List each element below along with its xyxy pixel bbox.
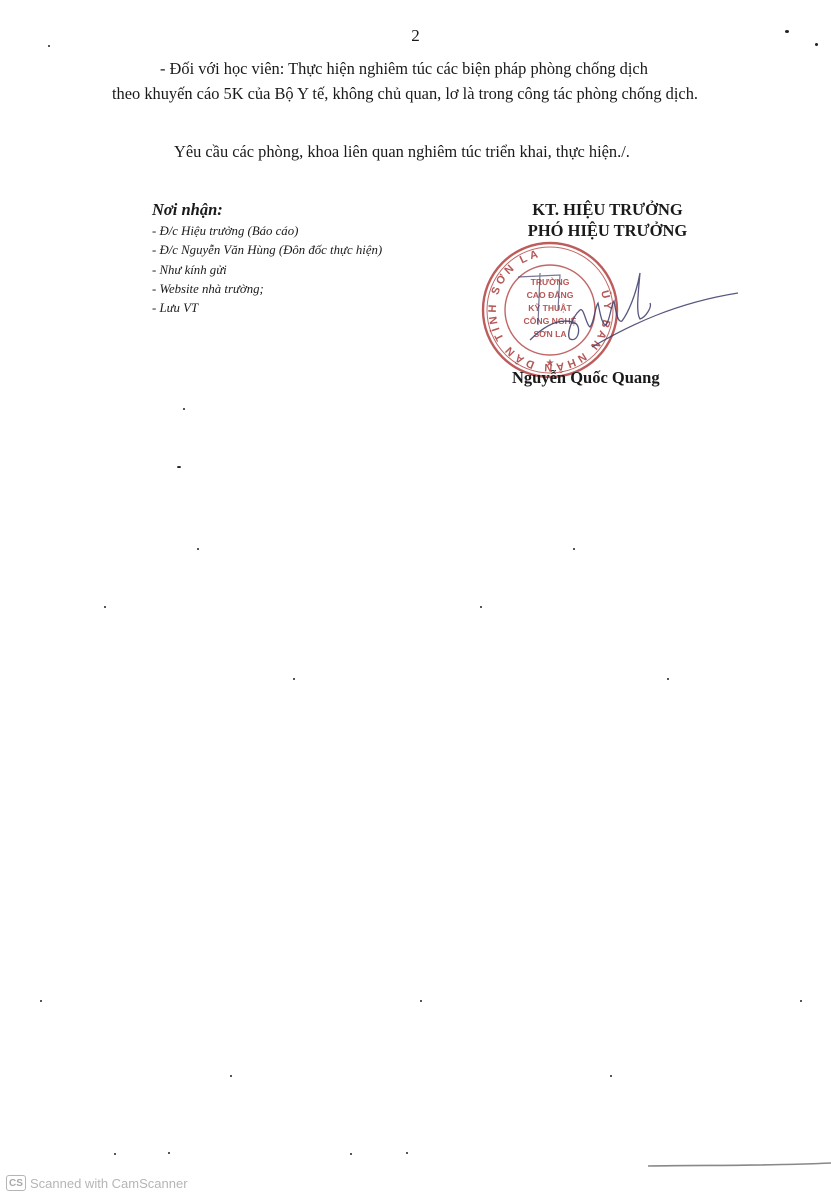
scan-speck (293, 678, 295, 680)
scan-speck (406, 1152, 408, 1154)
scan-speck (168, 1152, 170, 1154)
scan-speck (40, 1000, 42, 1002)
signature-block: KT. HIỆU TRƯỞNG PHÓ HIỆU TRƯỞNG (470, 199, 745, 241)
recipient-item: - Đ/c Nguyễn Văn Hùng (Đôn đốc thực hiện… (152, 241, 382, 260)
paragraph-students-line1: - Đối với học viên: Thực hiện nghiêm túc… (112, 57, 762, 82)
scan-speck (104, 606, 106, 608)
signer-name: Nguyễn Quốc Quang (512, 368, 660, 388)
watermark-text: Scanned with CamScanner (30, 1176, 188, 1191)
scan-speck (48, 45, 50, 47)
scan-speck (183, 408, 185, 410)
recipient-item: - Lưu VT (152, 299, 382, 318)
scan-edge-line (648, 1162, 831, 1168)
scan-speck (800, 1000, 802, 1002)
scan-speck (230, 1075, 232, 1077)
scan-speck (420, 1000, 422, 1002)
recipient-item: - Như kính gửi (152, 261, 382, 280)
recipient-item: - Đ/c Hiệu trưởng (Báo cáo) (152, 222, 382, 241)
scan-speck (114, 1153, 116, 1155)
scan-speck (573, 548, 575, 550)
recipient-item: - Website nhà trường; (152, 280, 382, 299)
paragraph-students: - Đối với học viên: Thực hiện nghiêm túc… (112, 57, 762, 106)
scan-speck (667, 678, 669, 680)
paragraph-students-rest: theo khuyến cáo 5K của Bộ Y tế, không ch… (112, 84, 698, 103)
camscanner-watermark: CS Scanned with CamScanner (6, 1175, 188, 1191)
signature-title-line1: KT. HIỆU TRƯỞNG (470, 199, 745, 220)
scan-speck (785, 30, 789, 33)
signature-title-line2: PHÓ HIỆU TRƯỞNG (470, 220, 745, 241)
handwritten-signature (500, 255, 740, 365)
camscanner-logo-icon: CS (6, 1175, 26, 1191)
scan-speck (480, 606, 482, 608)
scan-speck (815, 43, 818, 46)
scan-speck (177, 466, 181, 468)
paragraph-request: Yêu cầu các phòng, khoa liên quan nghiêm… (112, 140, 762, 165)
page-number: 2 (0, 26, 831, 46)
scan-speck (610, 1075, 612, 1077)
scan-speck (197, 548, 199, 550)
recipients-heading: Nơi nhận: (152, 200, 382, 220)
recipients-block: Nơi nhận: - Đ/c Hiệu trưởng (Báo cáo) - … (152, 200, 382, 318)
scan-speck (350, 1153, 352, 1155)
